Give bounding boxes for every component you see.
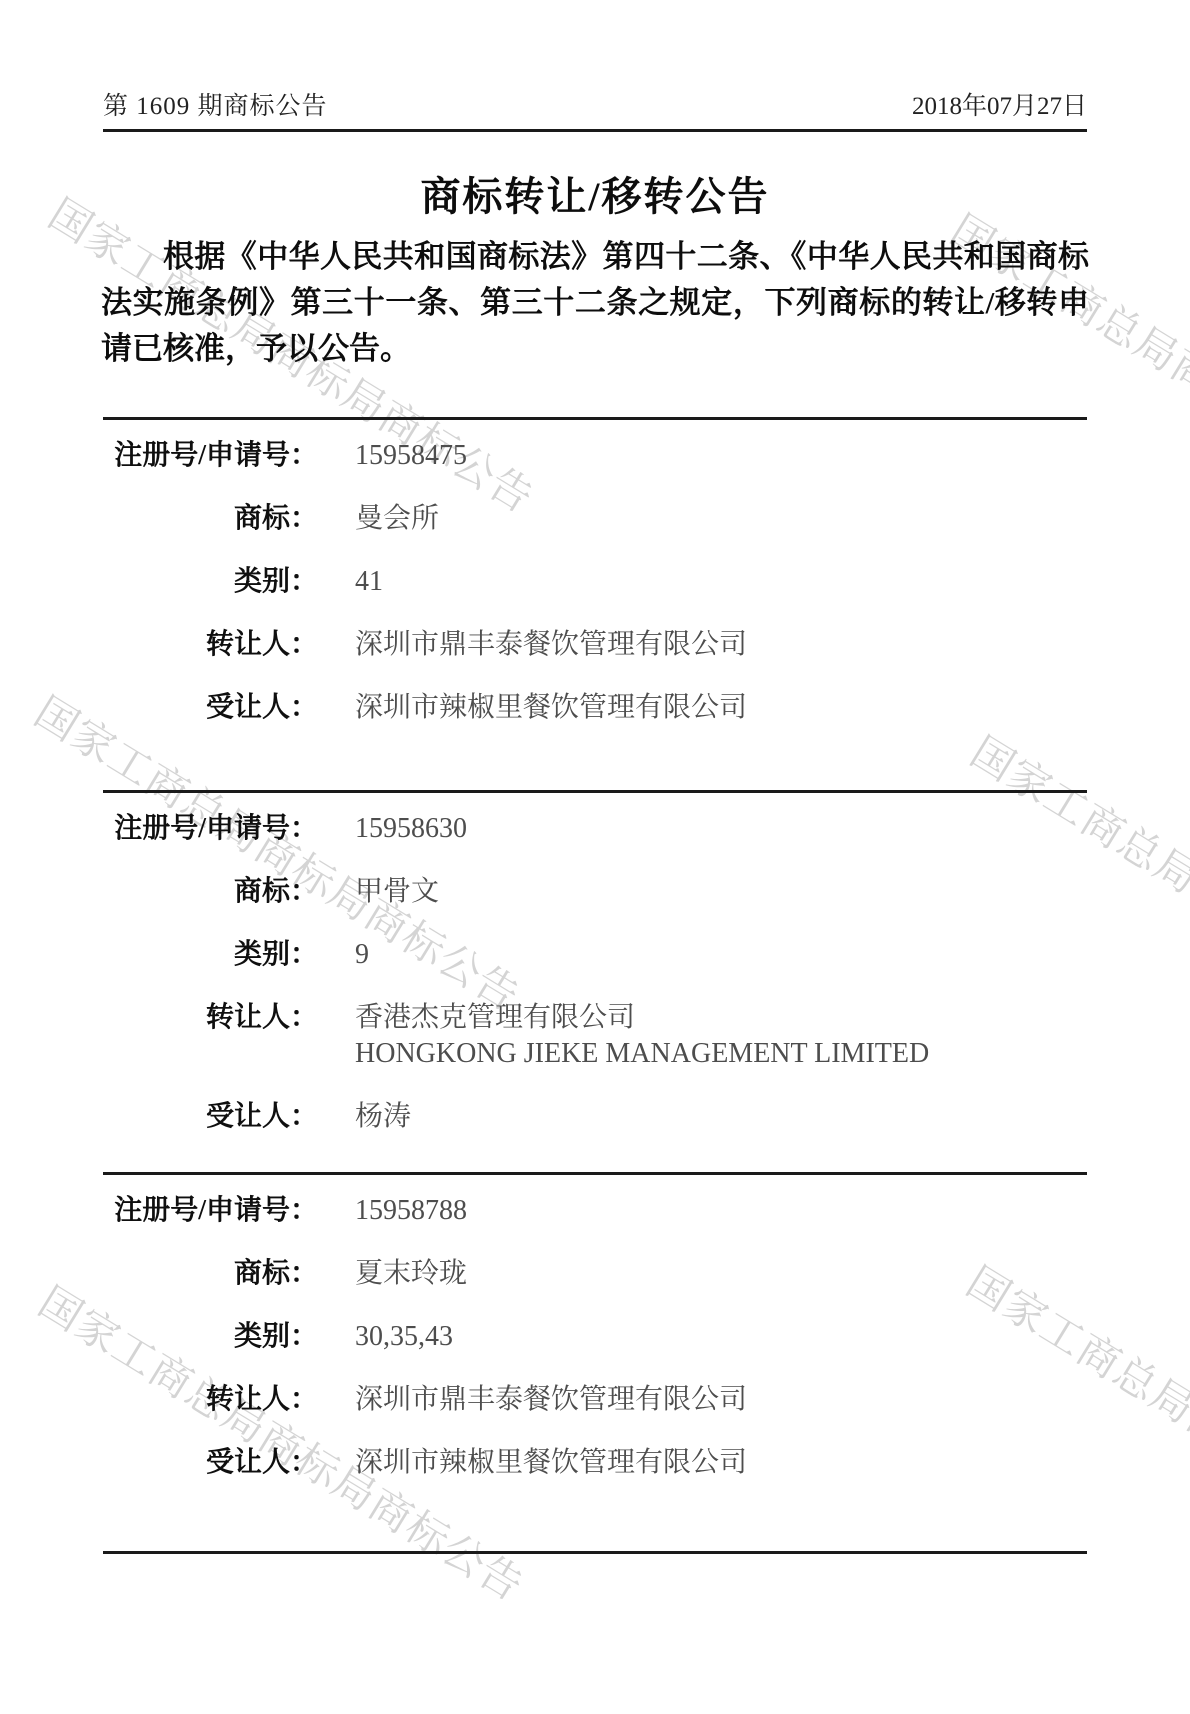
- record-fields: 注册号/申请号： 15958630 商标： 甲骨文 类别： 9 转让人： 香港杰…: [103, 793, 1087, 1135]
- field-assignor: 转让人： 深圳市鼎丰泰餐饮管理有限公司: [103, 1382, 1087, 1418]
- assignor-name-en: HONGKONG JIEKE MANAGEMENT LIMITED: [355, 1036, 929, 1072]
- field-registration-number: 注册号/申请号： 15958788: [103, 1193, 1087, 1229]
- field-class: 类别： 41: [103, 564, 1087, 600]
- field-trademark: 商标： 夏末玲珑: [103, 1256, 1087, 1292]
- field-value: 15958475: [355, 438, 467, 474]
- field-class: 类别： 9: [103, 937, 1087, 973]
- field-label: 注册号/申请号：: [103, 438, 318, 474]
- field-registration-number: 注册号/申请号： 15958630: [103, 811, 1087, 847]
- trademark-record: 注册号/申请号： 15958475 商标： 曼会所 类别： 41 转让人： 深圳…: [103, 417, 1087, 753]
- field-label: 受让人：: [103, 1099, 318, 1135]
- field-label: 转让人：: [103, 627, 318, 663]
- field-label: 类别：: [103, 1319, 318, 1355]
- gazette-issue-number: 第 1609 期商标公告: [103, 86, 328, 122]
- gazette-page: 国家工商总局商标局商标公告 国家工商总局商标局商标公告 国家工商总局商标局商标公…: [0, 0, 1190, 1714]
- field-trademark: 商标： 甲骨文: [103, 874, 1087, 910]
- field-value: 15958630: [355, 811, 467, 847]
- field-label: 受让人：: [103, 1445, 318, 1481]
- field-value: 15958788: [355, 1193, 467, 1229]
- field-value: 深圳市辣椒里餐饮管理有限公司: [355, 690, 747, 726]
- field-value: 9: [355, 937, 369, 973]
- field-value: 41: [355, 564, 383, 600]
- header-rule: [103, 129, 1087, 132]
- record-fields: 注册号/申请号： 15958475 商标： 曼会所 类别： 41 转让人： 深圳…: [103, 420, 1087, 726]
- field-value: 曼会所: [355, 501, 439, 537]
- field-assignor: 转让人： 香港杰克管理有限公司 HONGKONG JIEKE MANAGEMEN…: [103, 1000, 1087, 1072]
- field-value: 30,35,43: [355, 1319, 453, 1355]
- field-label: 商标：: [103, 874, 318, 910]
- field-label: 转让人：: [103, 1000, 318, 1036]
- field-value: 夏末玲珑: [355, 1256, 467, 1292]
- field-label: 注册号/申请号：: [103, 811, 318, 847]
- field-trademark: 商标： 曼会所: [103, 501, 1087, 537]
- field-value: 杨涛: [355, 1099, 411, 1135]
- field-assignee: 受让人： 深圳市辣椒里餐饮管理有限公司: [103, 1445, 1087, 1481]
- trademark-record: 注册号/申请号： 15958788 商标： 夏末玲珑 类别： 30,35,43 …: [103, 1172, 1087, 1508]
- intro-paragraph: 根据《中华人民共和国商标法》第四十二条、《中华人民共和国商标法实施条例》第三十一…: [101, 234, 1089, 372]
- gazette-date: 2018年07月27日: [912, 86, 1087, 122]
- assignor-name-cn: 深圳市鼎丰泰餐饮管理有限公司: [355, 1382, 747, 1418]
- assignor-name-cn: 香港杰克管理有限公司: [355, 1000, 929, 1036]
- record-fields: 注册号/申请号： 15958788 商标： 夏末玲珑 类别： 30,35,43 …: [103, 1175, 1087, 1481]
- field-label: 商标：: [103, 501, 318, 537]
- closing-rule: [103, 1551, 1087, 1554]
- field-value: 深圳市鼎丰泰餐饮管理有限公司: [355, 627, 747, 663]
- field-label: 类别：: [103, 937, 318, 973]
- field-label: 受让人：: [103, 690, 318, 726]
- field-label: 类别：: [103, 564, 318, 600]
- field-assignee: 受让人： 杨涛: [103, 1099, 1087, 1135]
- field-class: 类别： 30,35,43: [103, 1319, 1087, 1355]
- assignor-name-cn: 深圳市鼎丰泰餐饮管理有限公司: [355, 627, 747, 663]
- field-value: 香港杰克管理有限公司 HONGKONG JIEKE MANAGEMENT LIM…: [355, 1000, 929, 1072]
- field-label: 注册号/申请号：: [103, 1193, 318, 1229]
- field-value: 深圳市辣椒里餐饮管理有限公司: [355, 1445, 747, 1481]
- field-registration-number: 注册号/申请号： 15958475: [103, 438, 1087, 474]
- field-assignor: 转让人： 深圳市鼎丰泰餐饮管理有限公司: [103, 627, 1087, 663]
- page-title: 商标转让/移转公告: [103, 165, 1087, 222]
- field-label: 商标：: [103, 1256, 318, 1292]
- field-assignee: 受让人： 深圳市辣椒里餐饮管理有限公司: [103, 690, 1087, 726]
- field-value: 深圳市鼎丰泰餐饮管理有限公司: [355, 1382, 747, 1418]
- trademark-record: 注册号/申请号： 15958630 商标： 甲骨文 类别： 9 转让人： 香港杰…: [103, 790, 1087, 1162]
- field-value: 甲骨文: [355, 874, 439, 910]
- field-label: 转让人：: [103, 1382, 318, 1418]
